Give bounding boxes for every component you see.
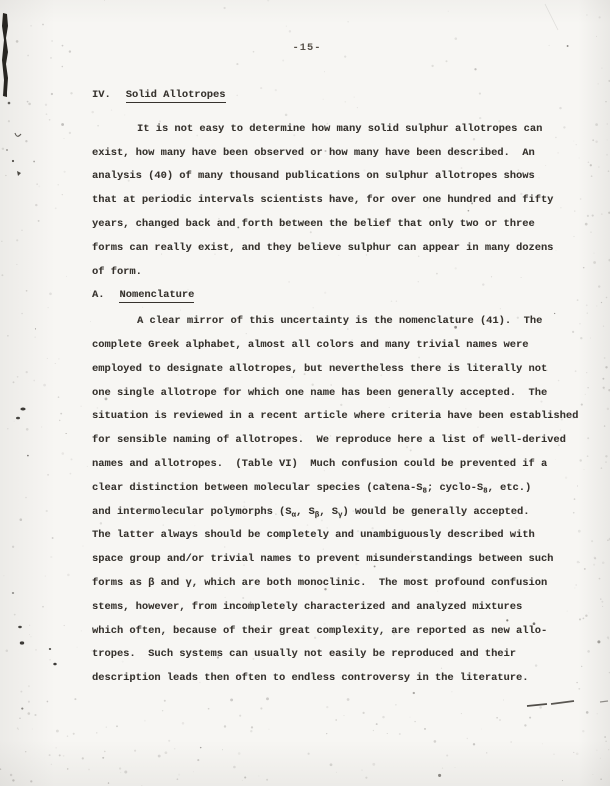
text-line: employed to designate allotropes, but ne… xyxy=(92,358,602,382)
torn-edge-artifact xyxy=(2,13,10,151)
section-heading: IV.Solid Allotropes xyxy=(92,84,602,108)
paragraph: It is not easy to determine how many sol… xyxy=(92,118,602,285)
section-number: A. xyxy=(92,289,104,301)
text-line: situation is reviewed in a recent articl… xyxy=(92,405,602,429)
document-content: IV.Solid AllotropesIt is not easy to det… xyxy=(92,84,602,691)
text-line: stems, however, from incompletely charac… xyxy=(92,596,602,620)
text-line: which often, because of their great comp… xyxy=(92,620,602,644)
text-line: of form. xyxy=(92,261,602,285)
text-line: description leads then often to endless … xyxy=(92,667,602,691)
section-title: Solid Allotropes xyxy=(126,89,226,103)
text-line: analysis (40) of many thousand publicati… xyxy=(92,165,602,189)
text-line: for sensible naming of allotropes. We re… xyxy=(92,429,602,453)
section-title: Nomenclature xyxy=(119,289,194,303)
page-number: -15- xyxy=(2,42,610,54)
pen-dash-marks xyxy=(527,701,608,706)
text-line: complete Greek alphabet, almost all colo… xyxy=(92,334,602,358)
text-line: clear distinction between molecular spec… xyxy=(92,477,602,501)
text-line: A clear mirror of this uncertainty is th… xyxy=(92,310,602,334)
text-line: forms can really exist, and they believe… xyxy=(92,237,602,261)
text-line: and intermolecular polymorphs (Sα, Sβ, S… xyxy=(92,501,602,525)
text-line: forms as β and γ, which are both monocli… xyxy=(92,572,602,596)
text-line: years, changed back and forth between th… xyxy=(92,213,602,237)
toner-blobs xyxy=(12,408,57,666)
text-line: that at periodic intervals scientists ha… xyxy=(92,189,602,213)
text-line: It is not easy to determine how many sol… xyxy=(92,118,602,142)
photocopy-shading-bottom xyxy=(0,740,610,786)
section-heading: A.Nomenclature xyxy=(92,284,602,308)
text-line: exist, how many have been observed or ho… xyxy=(92,142,602,166)
text-line: one single allotrope for which one name … xyxy=(92,382,602,406)
photocopy-shading-left xyxy=(0,0,55,786)
scanned-document-page: -15- IV.Solid AllotropesIt is not easy t… xyxy=(0,0,610,786)
text-line: The latter always should be completely a… xyxy=(92,524,602,548)
paragraph: A clear mirror of this uncertainty is th… xyxy=(92,310,602,691)
text-line: space group and/or trivial names to prev… xyxy=(92,548,602,572)
section-number: IV. xyxy=(92,89,111,101)
text-line: names and allotropes. (Table VI) Much co… xyxy=(92,453,602,477)
photocopy-shading-top xyxy=(0,0,610,24)
text-line: tropes. Such systems can usually not eas… xyxy=(92,643,602,667)
